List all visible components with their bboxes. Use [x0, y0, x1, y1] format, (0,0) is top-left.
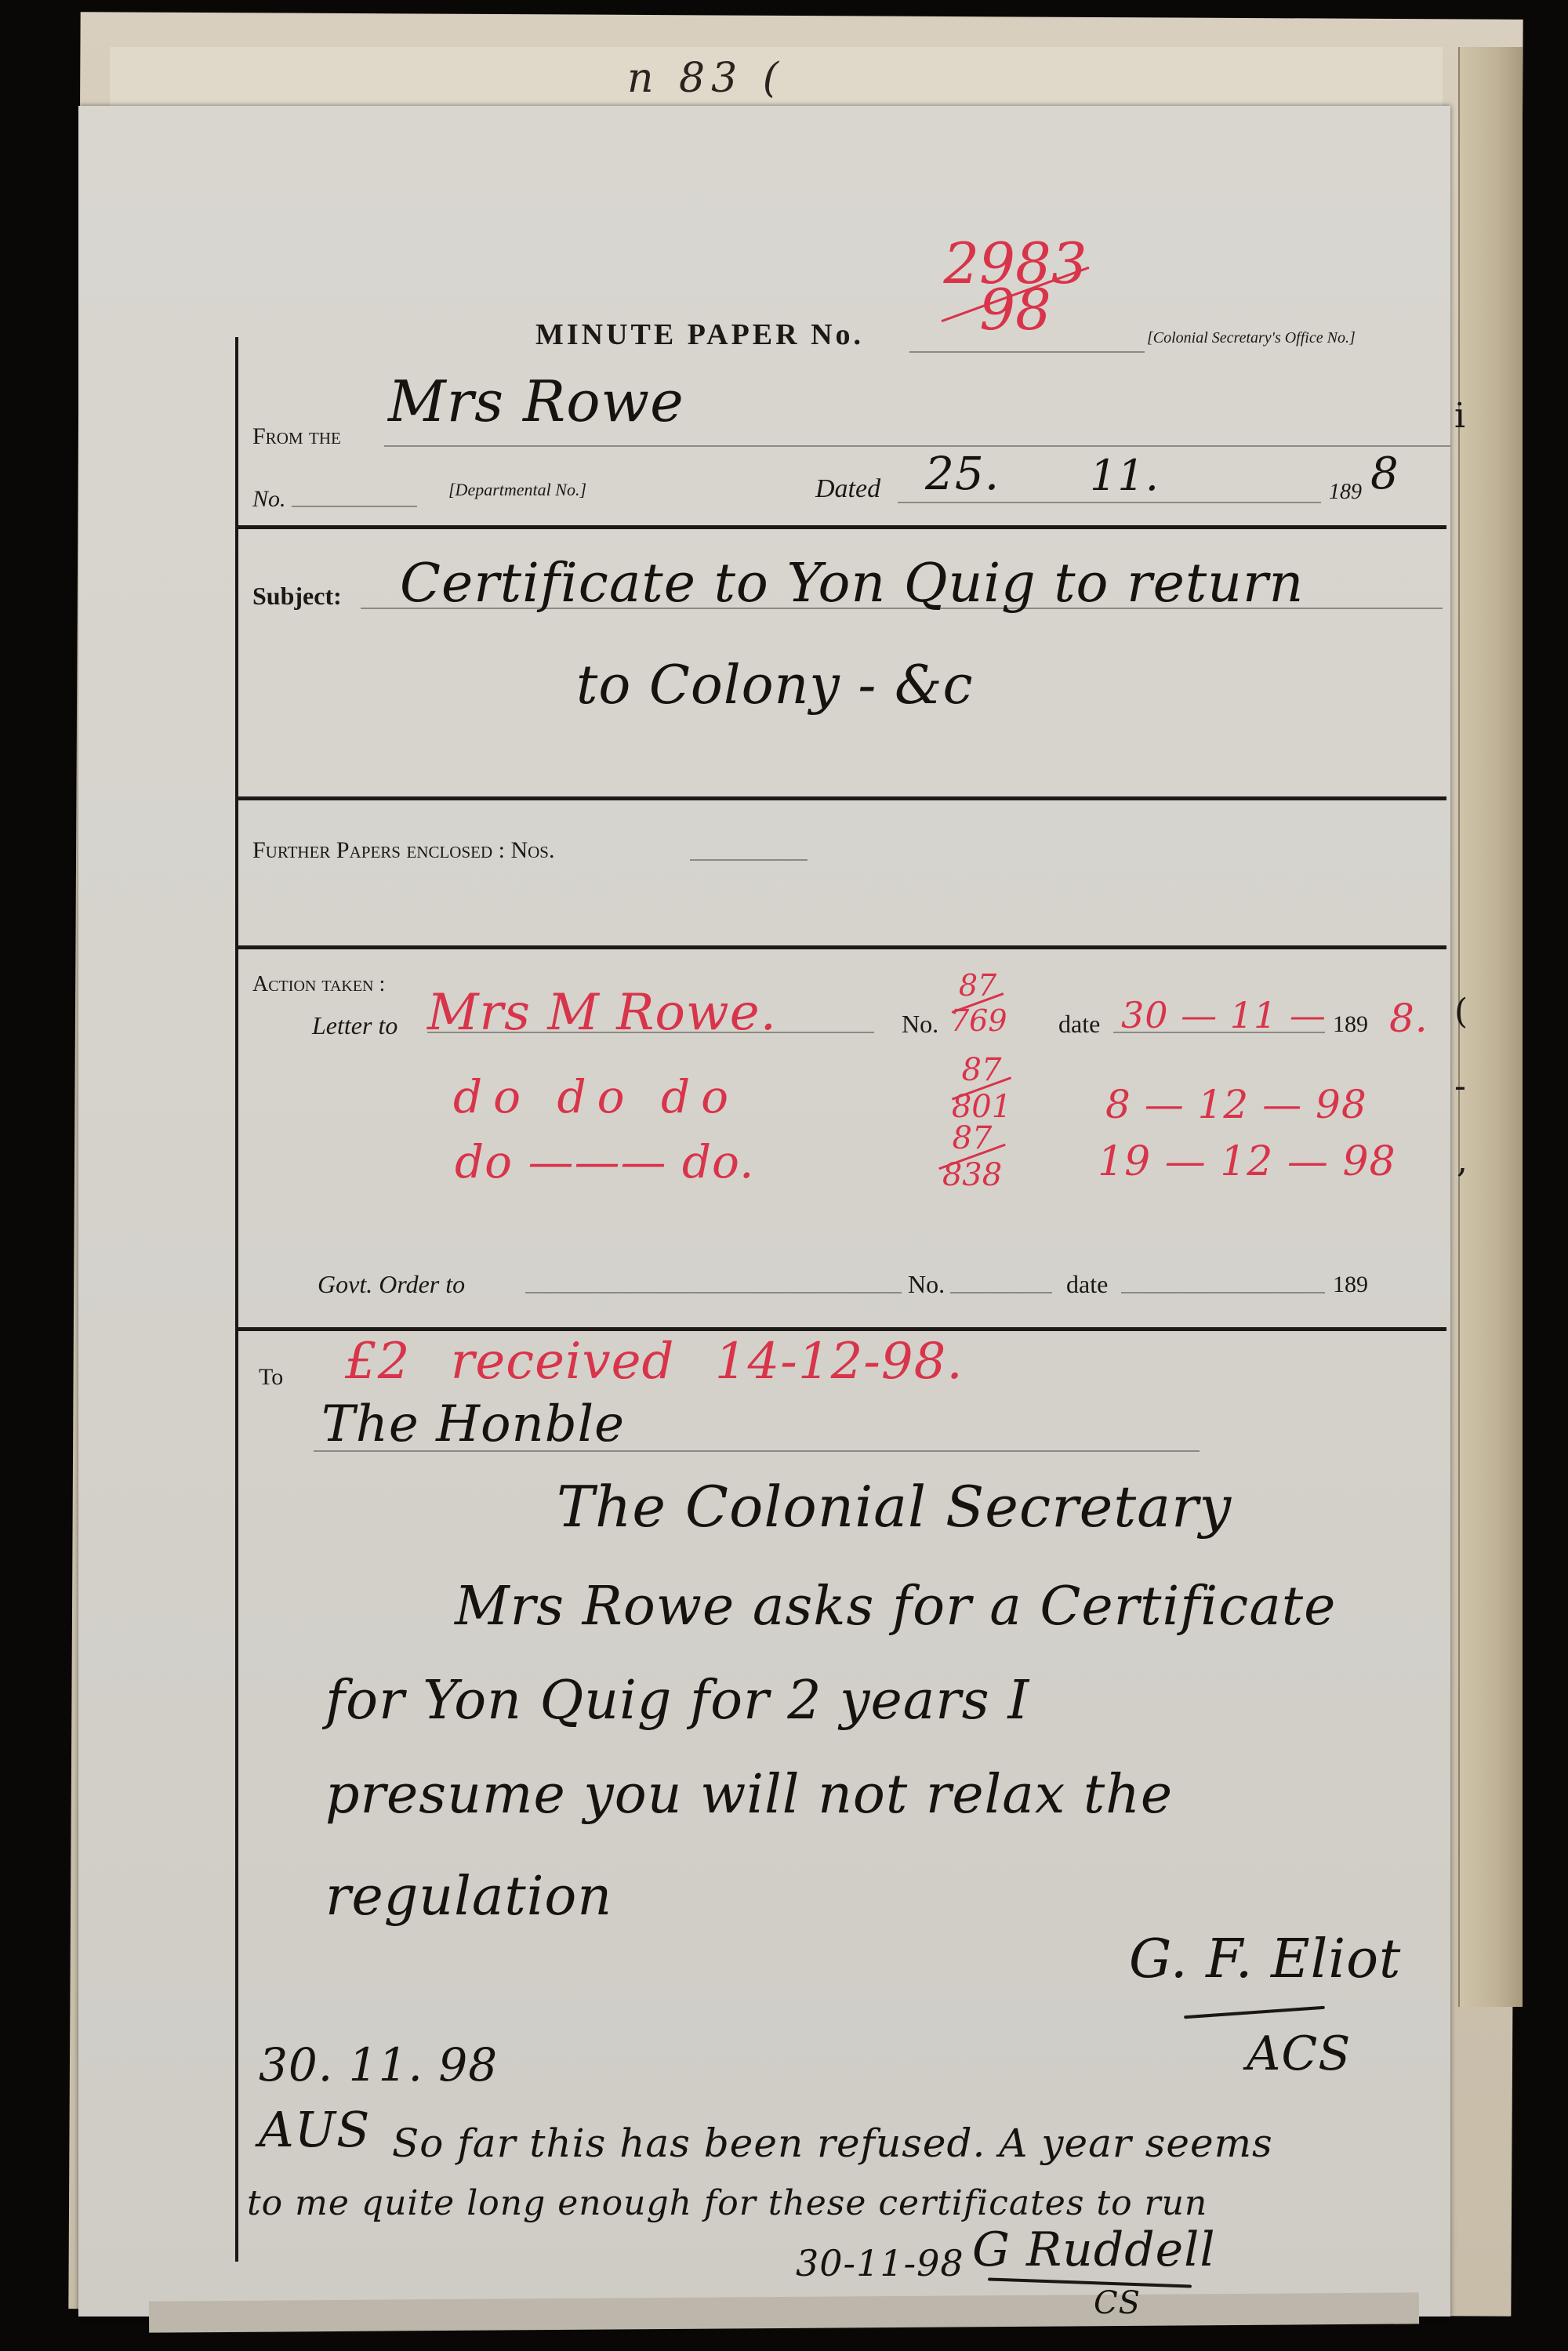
govt-order-line: [525, 1292, 902, 1293]
memo-line-3: presume you will not relax the: [325, 1764, 1173, 1826]
departmental-no-hint: [Departmental No.]: [448, 480, 586, 500]
action-entry-3-number: 87 838: [937, 1123, 1007, 1191]
reply-line-2: to me quite long enough for these certif…: [247, 2183, 1207, 2223]
subject-label: Subject:: [252, 582, 342, 611]
margin-mark: -: [1454, 1066, 1466, 1106]
from-value: Mrs Rowe: [388, 368, 684, 434]
margin-mark: i: [1454, 396, 1465, 436]
signature-ruddell: G Ruddell: [972, 2222, 1216, 2277]
margin-mark: ,: [1457, 1141, 1468, 1181]
minute-paper-title: MINUTE PAPER No.: [535, 317, 864, 352]
govt-year: 189: [1333, 1272, 1368, 1298]
action-taken-label: Action taken :: [252, 972, 385, 997]
office-number-hint: [Colonial Secretary's Office No.]: [1147, 329, 1356, 347]
action-entry-3-recipient: do ——— do.: [455, 1135, 754, 1188]
reply-date: 30-11-98: [796, 2242, 964, 2284]
from-label: From the: [252, 423, 341, 450]
rule-after-dated: [235, 525, 1446, 529]
action-entry-1-number: 87 769: [950, 971, 1005, 1036]
top-handwritten-note: n 83 (: [627, 55, 785, 102]
signature-eliot: G. F. Eliot: [1129, 1928, 1401, 1990]
from-line: [384, 445, 1450, 447]
action-entry-1-date: 30 — 11 —: [1121, 994, 1327, 1036]
rule-after-subject: [235, 796, 1446, 800]
minute-date: 30. 11. 98: [259, 2038, 498, 2092]
letter-to-label: Letter to: [312, 1011, 397, 1040]
rule-after-further-papers: [235, 945, 1446, 949]
action-entry-2-recipient: do do do: [453, 1070, 739, 1123]
memo-line-4: regulation: [325, 1866, 612, 1928]
salutation: The Honble: [321, 1395, 625, 1453]
signature-eliot-title: ACS: [1247, 2026, 1351, 2081]
action-no-label: No.: [902, 1010, 938, 1039]
minute-number: 2983 98: [937, 235, 1094, 338]
reply-line-1: So far this has been refused. A year see…: [392, 2121, 1273, 2166]
dated-year-suffix: 8: [1370, 448, 1399, 499]
action-year-prefix: 189: [1333, 1011, 1368, 1038]
further-papers-line: [690, 859, 808, 861]
subject-line-1: Certificate to Yon Quig to return: [400, 553, 1304, 615]
reply-prefix: AUS: [259, 2101, 371, 2158]
govt-date-line: [1121, 1292, 1325, 1293]
action-entry-1-year-suffix: 8.: [1389, 996, 1428, 1041]
action-entry-3-date: 19 — 12 — 98: [1098, 1138, 1396, 1185]
action-entry-2-date: 8 — 12 — 98: [1105, 1082, 1367, 1127]
govt-date-label: date: [1066, 1270, 1108, 1299]
dated-label: Dated: [815, 474, 880, 504]
to-line: [314, 1450, 1200, 1452]
action-entry-1-recipient: Mrs M Rowe.: [427, 984, 777, 1042]
subject-line-2: to Colony - &c: [576, 655, 974, 717]
dated-month: 11.: [1090, 451, 1160, 500]
signature-ruddell-title: CS: [1094, 2285, 1141, 2321]
to-label: To: [259, 1364, 283, 1391]
minute-number-line: [909, 351, 1145, 353]
departmental-no-label: No.: [252, 486, 286, 513]
margin-mark: (: [1454, 992, 1468, 1032]
action-entry-2-number: 87 801: [950, 1054, 1013, 1123]
action-date-label: date: [1058, 1010, 1100, 1039]
dated-day: 25.: [925, 447, 1000, 500]
further-papers-label: Further Papers enclosed : Nos.: [252, 837, 554, 864]
dated-year-prefix: 189: [1329, 480, 1362, 505]
memo-line-2: for Yon Quig for 2 years I: [325, 1670, 1029, 1732]
govt-order-label: Govt. Order to: [318, 1270, 465, 1299]
rule-after-action-taken: [235, 1327, 1446, 1331]
govt-no-label: No.: [908, 1270, 945, 1299]
fee-received-note: £2 received 14-12-98.: [345, 1333, 964, 1391]
left-margin-rule: [235, 337, 238, 2262]
memo-line-1: Mrs Rowe asks for a Certificate: [455, 1576, 1336, 1638]
govt-no-line: [950, 1292, 1052, 1293]
stacked-papers-edge: [1458, 47, 1523, 2007]
addressee: The Colonial Secretary: [557, 1474, 1232, 1540]
departmental-no-line: [292, 506, 417, 507]
dated-line: [898, 502, 1321, 503]
